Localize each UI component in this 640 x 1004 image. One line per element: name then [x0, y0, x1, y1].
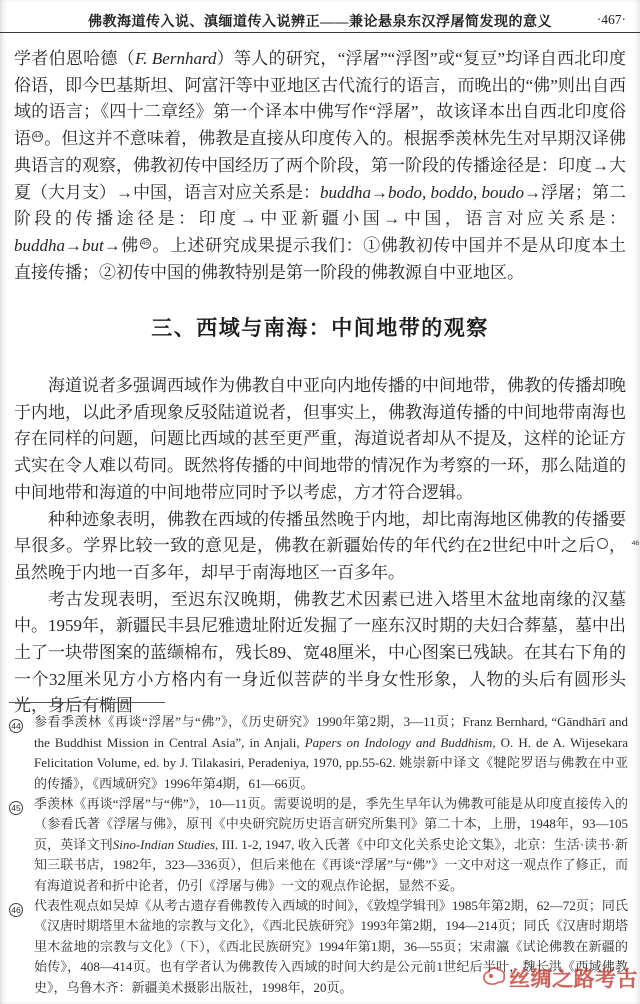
document-page: 佛教海道传入说、滇缅道传入说辨正——兼论悬泉东汉浮屠简发现的意义 ·467· 学… [0, 0, 640, 1004]
footnote-text: 季羡林《再谈“浮屠”与“佛”》，10—11页。需要说明的是，季先生早年认为佛教可… [34, 794, 628, 896]
footnote-ref-marker: 46 [597, 538, 608, 549]
footnote-ref-marker: 45 [140, 238, 151, 249]
footnote: 46 代表性观点如吴焯《从考古遗存看佛教传入西域的时间》，《敦煌学辑刊》1985… [9, 896, 628, 998]
footnote: 44 参看季羡林《再谈“浮屠”与“佛”》，《历史研究》1990年第2期，3—11… [9, 712, 628, 794]
main-text: 学者伯恩哈德（F. Bernhard）等人的研究，“浮屠”“浮图”或“复豆”均译… [0, 33, 640, 720]
page-header: 佛教海道传入说、滇缅道传入说辨正——兼论悬泉东汉浮屠简发现的意义 ·467· [0, 0, 640, 33]
paragraph: 海道说者多强调西域作为佛教自中亚向内地传播的中间地带，佛教的传播却晚于内地，以此… [14, 373, 626, 507]
footnote-ref-marker: 44 [32, 131, 43, 142]
footnote-text: 代表性观点如吴焯《从考古遗存看佛教传入西域的时间》，《敦煌学辑刊》1985年第2… [34, 896, 628, 998]
paragraph: 学者伯恩哈德（F. Bernhard）等人的研究，“浮屠”“浮图”或“复豆”均译… [14, 46, 626, 286]
running-title: 佛教海道传入说、滇缅道传入说辨正——兼论悬泉东汉浮屠简发现的意义 [0, 11, 640, 31]
footnote: 45 季羡林《再谈“浮屠”与“佛”》，10—11页。需要说明的是，季先生早年认为… [9, 794, 628, 896]
paragraph: 考古发现表明，至迟东汉晚期，佛教艺术因素已进入塔里木盆地南缘的汉墓中。1959年… [14, 587, 626, 721]
footnotes-section: 44 参看季羡林《再谈“浮屠”与“佛”》，《历史研究》1990年第2期，3—11… [9, 702, 628, 998]
footnote-separator [9, 702, 165, 703]
footnote-number: 44 [9, 712, 34, 735]
footnote-number: 45 [9, 794, 34, 817]
footnote-number: 46 [9, 896, 34, 919]
page-number: ·467· [597, 12, 626, 28]
paragraph: 种种迹象表明，佛教在西域的传播虽然晚于内地，却比南海地区佛教的传播要早很多。学界… [14, 507, 626, 587]
section-heading: 三、西域与南海：中间地带的观察 [14, 315, 626, 342]
footnote-text: 参看季羡林《再谈“浮屠”与“佛”》，《历史研究》1990年第2期，3—11页；F… [34, 712, 628, 794]
